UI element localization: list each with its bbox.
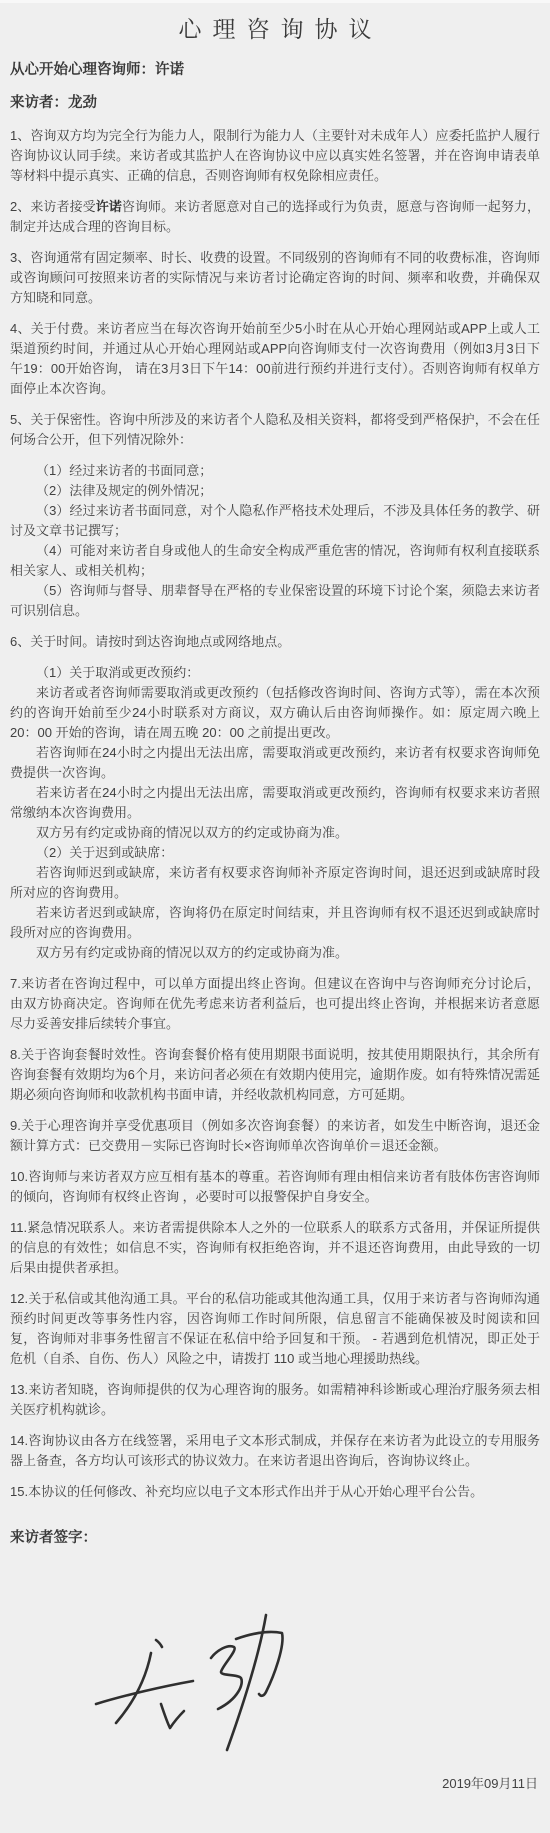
agreement-clause: 1、咨询双方均为完全行为能力人，限制行为能力人（主要针对未成年人）应委托监护人履… bbox=[10, 126, 540, 186]
highlighted-counselor-name: 许诺 bbox=[96, 199, 122, 214]
agreement-clause: 若咨询师在24小时之内提出无法出席，需要取消或更改预约，来访者有权要求咨询师免费… bbox=[10, 743, 540, 783]
agreement-clause: 9.关于心理咨询并享受优惠项目（例如多次咨询套餐）的来访者，如发生中断咨询，退还… bbox=[10, 1116, 540, 1156]
agreement-clauses: 1、咨询双方均为完全行为能力人，限制行为能力人（主要针对未成年人）应委托监护人履… bbox=[10, 126, 540, 1502]
agreement-document: 心理咨询协议 从心开始心理咨询师：许诺 来访者：龙劲 1、咨询双方均为完全行为能… bbox=[0, 0, 550, 1833]
agreement-clause: （2）法律及规定的例外情况； bbox=[10, 481, 540, 501]
agreement-clause: （4）可能对来访者自身或他人的生命安全构成严重危害的情况，咨询师有权利直接联系相… bbox=[10, 541, 540, 581]
agreement-clause: 若来访者在24小时之内提出无法出席，需要取消或更改预约，咨询师有权要求来访者照常… bbox=[10, 783, 540, 823]
agreement-clause: 双方另有约定或协商的情况以双方的约定或协商为准。 bbox=[10, 823, 540, 843]
agreement-clause: （3）经过来访者书面同意，对个人隐私作严格技术处理后，不涉及具体任务的教学、研讨… bbox=[10, 501, 540, 541]
agreement-clause: 4、关于付费。来访者应当在每次咨询开始前至少5小时在从心开始心理网站或APP上或… bbox=[10, 319, 540, 399]
agreement-clause: 3、咨询通常有固定频率、时长、收费的设置。不同级别的咨询师有不同的收费标准，咨询… bbox=[10, 248, 540, 308]
agreement-clause: （2）关于迟到或缺席： bbox=[10, 843, 540, 863]
agreement-clause: （5）咨询师与督导、朋辈督导在严格的专业保密设置的环境下讨论个案，须隐去来访者可… bbox=[10, 581, 540, 621]
signature-stroke bbox=[161, 1704, 184, 1728]
agreement-clause: 15.本协议的任何修改、补充均应以电子文本形式作出并于从心开始心理平台公告。 bbox=[10, 1482, 540, 1502]
signature-stroke bbox=[211, 1646, 242, 1709]
counselor-name-line: 从心开始心理咨询师：许诺 bbox=[10, 60, 540, 80]
agreement-clause: 7.来访者在咨询过程中，可以单方面提出终止咨询。但建议在咨询中与咨询师充分讨论后… bbox=[10, 974, 540, 1034]
signature-stroke bbox=[96, 1681, 193, 1704]
agreement-clause: 5、关于保密性。咨询中所涉及的来访者个人隐私及相关资料，都将受到严格保护，不会在… bbox=[10, 410, 540, 450]
agreement-clause: 10.咨询师与来访者双方应互相有基本的尊重。若咨询师有理由相信来访者有肢体伤害咨… bbox=[10, 1167, 540, 1207]
signature-label: 来访者签字： bbox=[10, 1528, 540, 1548]
agreement-clause: 6、关于时间。请按时到达咨询地点或网络地点。 bbox=[10, 632, 540, 652]
agreement-clause: 14.咨询协议由各方在线签署，采用电子文本形式制成，并保存在来访者为此设立的专用… bbox=[10, 1431, 540, 1471]
agreement-clause: 8.关于咨询套餐时效性。咨询套餐价格有使用期限书面说明，按其使用期限执行，其余所… bbox=[10, 1045, 540, 1105]
handwritten-signature bbox=[10, 1556, 540, 1771]
agreement-clause: 来访者或者咨询师需要取消或更改预约（包括修改咨询时间、咨询方式等），需在本次预约… bbox=[10, 683, 540, 743]
clause-text: 2、来访者接受 bbox=[10, 199, 96, 214]
signature-stroke bbox=[116, 1653, 151, 1723]
agreement-clause: 双方另有约定或协商的情况以双方的约定或协商为准。 bbox=[10, 943, 540, 963]
agreement-clause: 若咨询师迟到或缺席，来访者有权要求咨询师补齐原定咨询时间，退还迟到或缺席时段所对… bbox=[10, 863, 540, 903]
page-title: 心理咨询协议 bbox=[10, 11, 540, 44]
signature-date: 2019年09月11日 bbox=[10, 1775, 538, 1793]
agreement-clause: （1）关于取消或更改预约： bbox=[10, 663, 540, 683]
agreement-clause: 12.关于私信或其他沟通工具。平台的私信功能或其他沟通工具，仅用于来访者与咨询师… bbox=[10, 1289, 540, 1369]
agreement-clause: 11.紧急情况联系人。来访者需提供除本人之外的一位联系人的联系方式备用，并保证所… bbox=[10, 1218, 540, 1278]
agreement-clause: 2、来访者接受许诺咨询师。来访者愿意对自己的选择或行为负责，愿意与咨询师一起努力… bbox=[10, 197, 540, 237]
agreement-clause: （1）经过来访者的书面同意； bbox=[10, 461, 540, 481]
agreement-clause: 13.来访者知晓，咨询师提供的仅为心理咨询的服务。如需精神科诊断或心理治疗服务须… bbox=[10, 1380, 540, 1420]
signature-stroke bbox=[156, 1640, 162, 1647]
visitor-name-line: 来访者：龙劲 bbox=[10, 93, 540, 113]
agreement-clause: 若来访者迟到或缺席，咨询将仍在原定时间结束，并且咨询师有权不退还迟到或缺席时段所… bbox=[10, 903, 540, 943]
